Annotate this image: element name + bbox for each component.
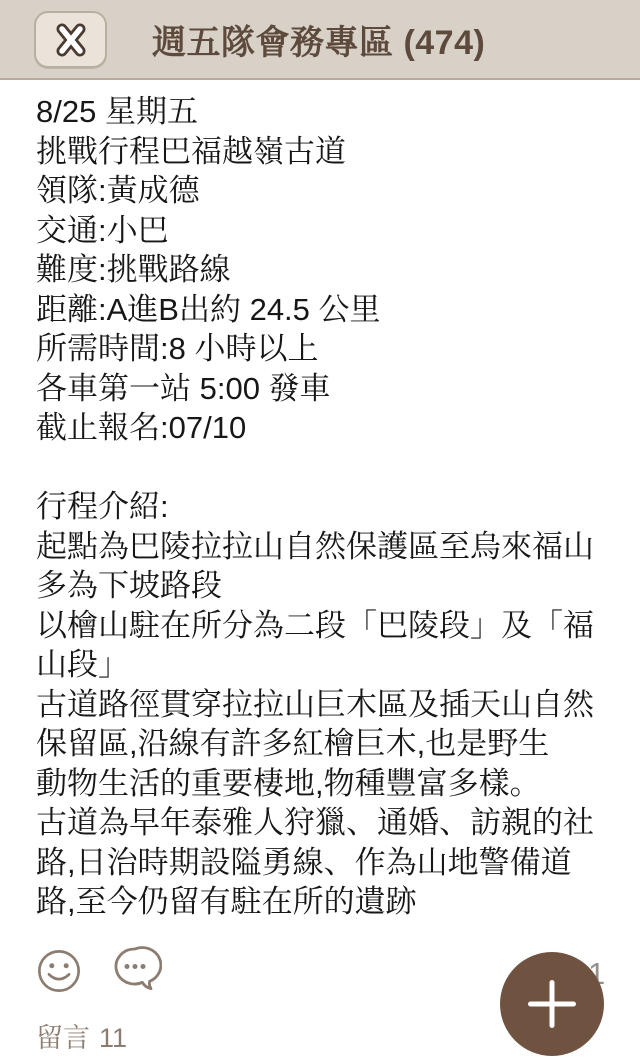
comment-count-label: 留言 <box>36 1016 90 1055</box>
smiley-face-icon <box>36 948 82 994</box>
close-button[interactable] <box>34 11 107 68</box>
post-text-line <box>36 448 616 488</box>
post-text-line: 起點為巴陵拉拉山自然保護區至烏來福山 <box>36 527 616 567</box>
page-title: 週五隊會務專區 (474) <box>152 0 485 78</box>
post-text-line: 多為下坡路段 <box>36 566 616 606</box>
post-text-line: 8/25 星期五 <box>36 92 616 132</box>
comment-button[interactable] <box>110 945 162 999</box>
post-text-line: 動物生活的重要棲地,物種豐富多樣。 <box>36 764 616 804</box>
comment-count[interactable]: 留言 11 <box>36 1016 127 1055</box>
close-icon <box>49 20 93 60</box>
post-text-line: 難度:挑戰路線 <box>36 250 616 290</box>
post-text-line: 以檜山駐在所分為二段「巴陵段」及「福 <box>36 606 616 646</box>
speech-bubble-icon <box>110 945 162 999</box>
post-text-line: 路,日治時期設隘勇線、作為山地警備道 <box>36 843 616 883</box>
post-text-line: 古道為早年泰雅人狩獵、通婚、訪親的社 <box>36 803 616 843</box>
reaction-button[interactable] <box>36 948 82 994</box>
post-text-line: 所需時間:8 小時以上 <box>36 329 616 369</box>
post-text-line: 挑戰行程巴福越嶺古道 <box>36 132 616 172</box>
header: 週五隊會務專區 (474) <box>0 0 640 80</box>
post-text-line: 距離:A進B出約 24.5 公里 <box>36 290 616 330</box>
post-body: 8/25 星期五 挑戰行程巴福越嶺古道 領隊:黃成德 交通:小巴 難度:挑戰路線… <box>36 92 616 922</box>
post-text-line: 領隊:黃成德 <box>36 171 616 211</box>
post-text-line: 路,至今仍留有駐在所的遺跡 <box>36 882 616 922</box>
post-text-line: 各車第一站 5:00 發車 <box>36 369 616 409</box>
post-text-line: 截止報名:07/10 <box>36 408 616 448</box>
post-text-line: 行程介紹: <box>36 487 616 527</box>
post-text-line: 交通:小巴 <box>36 211 616 251</box>
plus-icon <box>527 979 577 1029</box>
post-text-line: 古道路徑貫穿拉拉山巨木區及插天山自然 <box>36 685 616 725</box>
add-post-fab-button[interactable] <box>500 952 604 1056</box>
comment-count-value: 11 <box>99 1023 127 1054</box>
post-text-line: 保留區,沿線有許多紅檜巨木,也是野生 <box>36 724 616 764</box>
post-text-line: 山段」 <box>36 645 616 685</box>
